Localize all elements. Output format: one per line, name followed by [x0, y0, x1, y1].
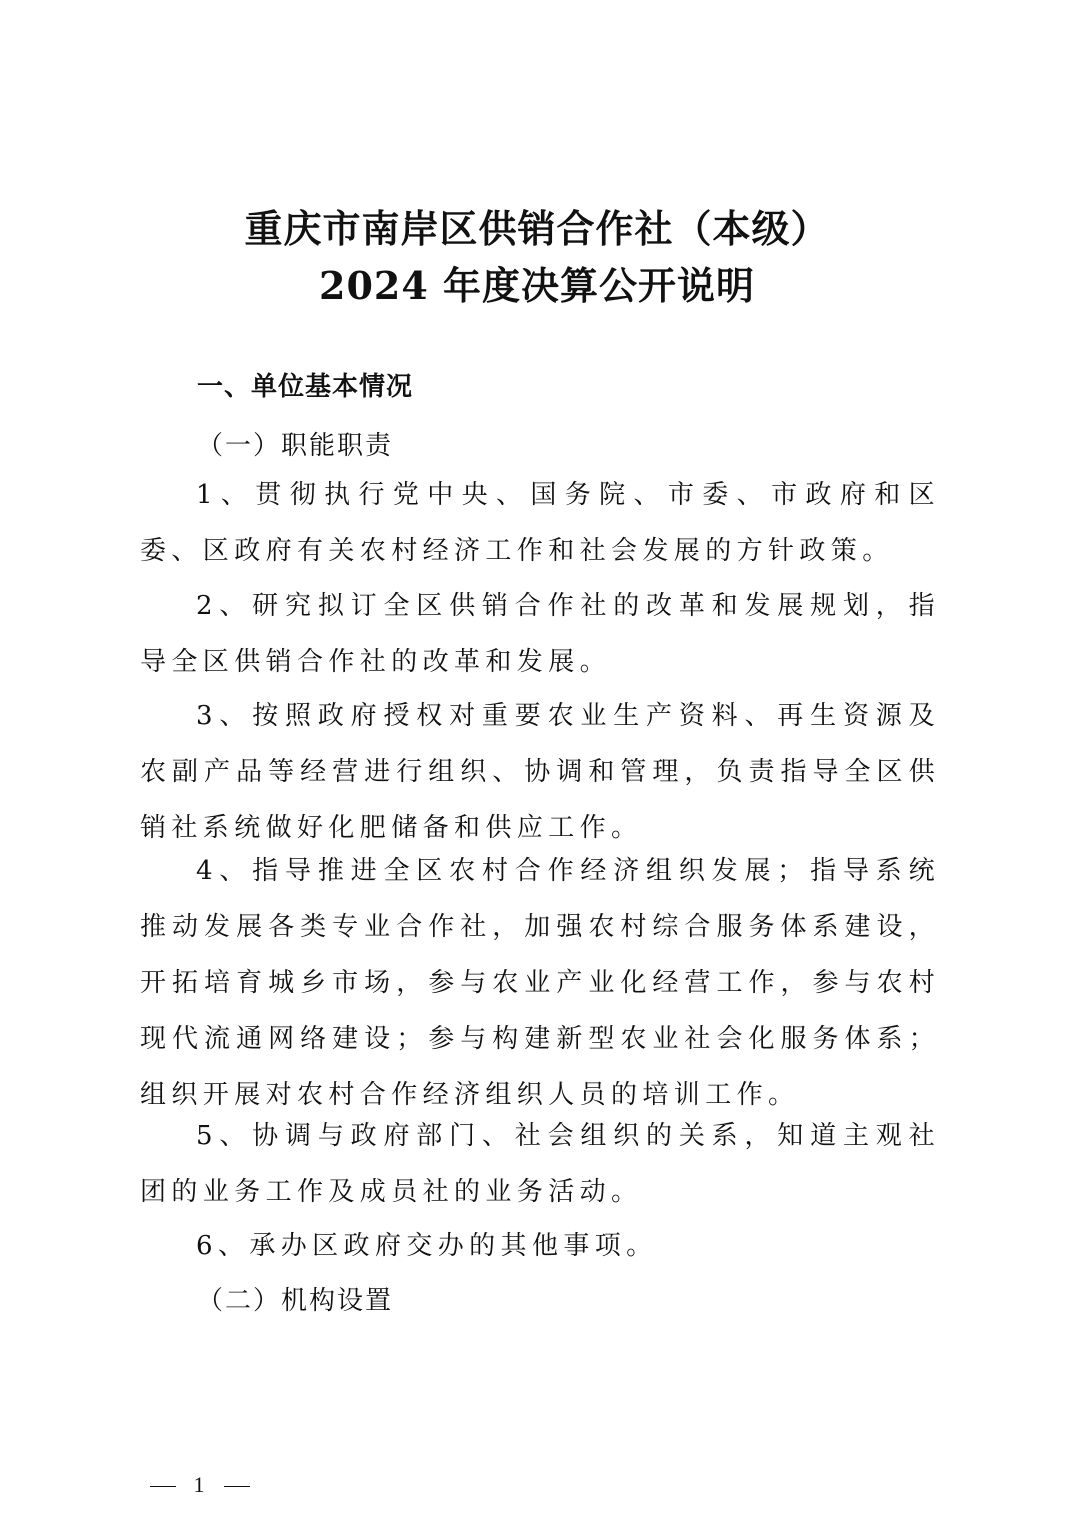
section-heading-basic-info: 一、单位基本情况 — [197, 366, 413, 403]
duty-item-6: 6、承办区政府交办的其他事项。 — [140, 1218, 940, 1274]
subsection-heading-organization: （二）机构设置 — [197, 1280, 393, 1317]
duty-item-4: 4、指导推进全区农村合作经济组织发展；指导系统推动发展各类专业合作社，加强农村综… — [140, 843, 940, 1123]
duty-item-5: 5、协调与政府部门、社会组织的关系，知道主观社团的业务工作及成员社的业务活动。 — [140, 1108, 940, 1220]
duty-item-1: 1、贯彻执行党中央、国务院、市委、市政府和区委、区政府有关农村经济工作和社会发展… — [140, 467, 940, 579]
footer-dash-right — [224, 1486, 250, 1487]
page-number: 1 — [194, 1472, 207, 1498]
duty-item-3: 3、按照政府授权对重要农业生产资料、再生资源及农副产品等经营进行组织、协调和管理… — [140, 688, 940, 856]
duty-item-2: 2、研究拟订全区供销合作社的改革和发展规划，指导全区供销合作社的改革和发展。 — [140, 578, 940, 690]
footer-dash-left — [150, 1486, 176, 1487]
subsection-heading-duties: （一）职能职责 — [197, 425, 393, 462]
page-footer: 1 — [140, 1472, 260, 1498]
document-title-line2: 2024 年度决算公开说明 — [0, 255, 1074, 310]
document-title-line1: 重庆市南岸区供销合作社（本级） — [0, 198, 1074, 253]
